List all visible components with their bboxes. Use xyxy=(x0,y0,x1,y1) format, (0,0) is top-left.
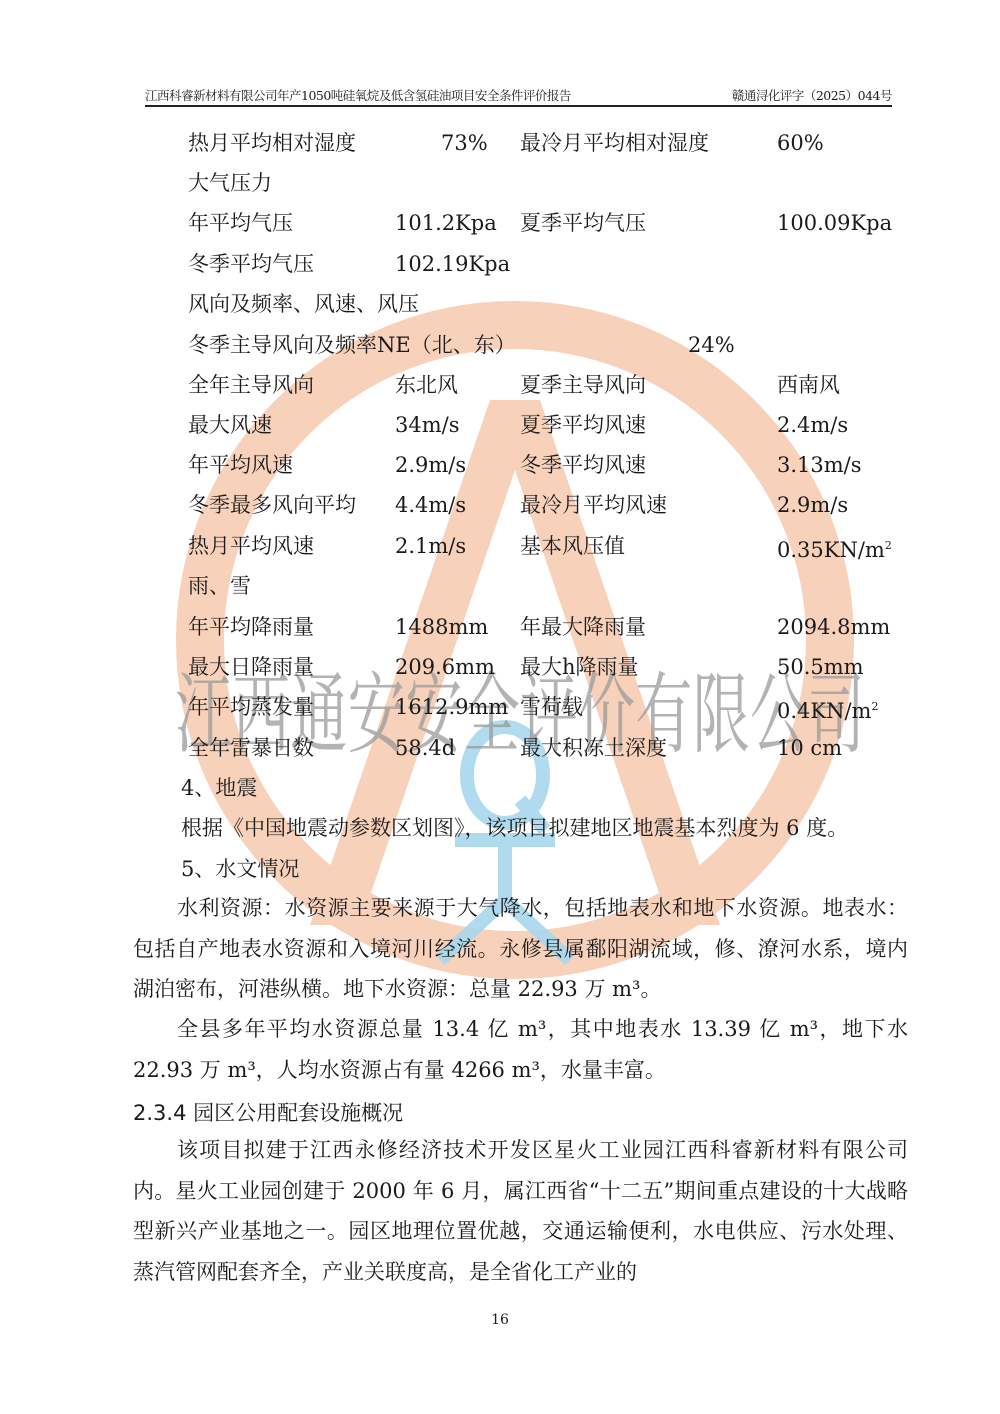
value-winter-dominant-wind: 24% xyxy=(688,331,735,359)
subheading-hydrology: 5、水文情况 xyxy=(181,855,299,883)
label-wind: 全年主导风向 xyxy=(188,371,314,399)
value-wind: 东北风 xyxy=(395,371,458,399)
label-hot-month-humidity: 热月平均相对湿度 xyxy=(188,129,356,157)
value-annual-pressure: 101.2Kpa xyxy=(395,209,497,237)
label-annual-pressure: 年平均气压 xyxy=(188,209,293,237)
value-wind: 3.13m/s xyxy=(777,451,862,479)
value-wind: 2.1m/s xyxy=(395,532,466,560)
label-winter-pressure: 冬季平均气压 xyxy=(188,250,314,278)
page-number: 16 xyxy=(0,1312,1000,1328)
subheading-pressure: 大气压力 xyxy=(188,169,272,197)
value-wind: 34m/s xyxy=(395,411,460,439)
label-wind: 最冷月平均风速 xyxy=(520,491,667,519)
label-wind: 最大风速 xyxy=(188,411,272,439)
label-wind: 夏季平均风速 xyxy=(520,411,646,439)
value-wind: 西南风 xyxy=(777,371,840,399)
label-rain: 全年雷暴日数 xyxy=(188,734,314,762)
label-wind: 冬季平均风速 xyxy=(520,451,646,479)
subheading-rain-snow: 雨、雪 xyxy=(188,572,251,600)
value-winter-pressure: 102.19Kpa xyxy=(395,250,510,278)
earthquake-text: 根据《中国地震动参数区划图》，该项目拟建地区地震基本烈度为 6 度。 xyxy=(181,814,848,842)
label-wind: 冬季最多风向平均 xyxy=(188,491,356,519)
value-wind-pressure: 0.35KN/m2 xyxy=(777,532,892,564)
section-paragraph: 该项目拟建于江西永修经济技术开发区星火工业园江西科睿新材料有限公司内。星火工业园… xyxy=(133,1130,908,1292)
value-rain: 1488mm xyxy=(395,613,488,641)
label-rain: 最大积冻土深度 xyxy=(520,734,667,762)
hydrology-paragraph-1: 水利资源：水资源主要来源于大气降水，包括地表水和地下水资源。地表水：包括自产地表… xyxy=(133,888,908,1010)
label-wind: 年平均风速 xyxy=(188,451,293,479)
value-rain: 2094.8mm xyxy=(777,613,890,641)
label-winter-dominant-wind: 冬季主导风向及频率NE（北、东） xyxy=(188,331,516,359)
hydrology-paragraph-2: 全县多年平均水资源总量 13.4 亿 m³，其中地表水 13.39 亿 m³，地… xyxy=(133,1009,908,1090)
value-wind: 4.4m/s xyxy=(395,491,466,519)
label-rain: 年平均降雨量 xyxy=(188,613,314,641)
value-rain: 58.4d xyxy=(395,734,455,762)
value-snow-load: 0.4KN/m2 xyxy=(777,693,878,725)
label-rain: 最大h降雨量 xyxy=(520,653,639,681)
value-hot-month-humidity: 73% xyxy=(441,129,488,157)
label-rain: 年最大降雨量 xyxy=(520,613,646,641)
label-rain: 最大日降雨量 xyxy=(188,653,314,681)
value-rain: 50.5mm xyxy=(777,653,864,681)
value-wind: 2.9m/s xyxy=(777,491,848,519)
value-rain: 10 cm xyxy=(777,734,842,762)
label-rain: 雪荷载 xyxy=(520,693,583,721)
value-cold-month-humidity: 60% xyxy=(777,129,824,157)
page-content: 热月平均相对湿度 73% 最冷月平均相对湿度 60% 大气压力 年平均气压 10… xyxy=(0,0,1000,1414)
value-rain: 1612.9mm xyxy=(395,693,508,721)
value-summer-pressure: 100.09Kpa xyxy=(777,209,892,237)
label-wind: 热月平均风速 xyxy=(188,532,314,560)
subheading-wind: 风向及频率、风速、风压 xyxy=(188,290,419,318)
value-wind: 2.4m/s xyxy=(777,411,848,439)
label-wind: 夏季主导风向 xyxy=(520,371,646,399)
section-heading: 2.3.4 园区公用配套设施概况 xyxy=(133,1097,403,1127)
label-wind: 基本风压值 xyxy=(520,532,625,560)
label-rain: 年平均蒸发量 xyxy=(188,693,314,721)
label-cold-month-humidity: 最冷月平均相对湿度 xyxy=(520,129,709,157)
subheading-earthquake: 4、地震 xyxy=(181,774,257,802)
value-rain: 209.6mm xyxy=(395,653,495,681)
label-summer-pressure: 夏季平均气压 xyxy=(520,209,646,237)
value-wind: 2.9m/s xyxy=(395,451,466,479)
